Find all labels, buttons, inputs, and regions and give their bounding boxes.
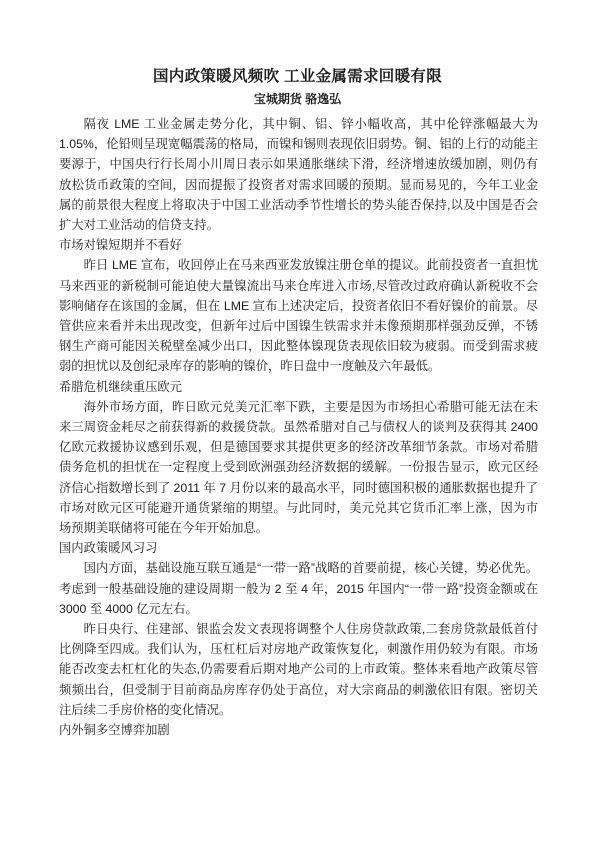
document-body: 隔夜 LME 工业金属走势分化，其中铜、铝、锌小幅收高，其中伦锌涨幅最大为 1.… — [59, 114, 538, 740]
byline: 宝城期货 骆逸弘 — [40, 89, 555, 110]
section-heading: 国内政策暖风习习 — [59, 538, 538, 558]
body-paragraph: 国内方面，基础设施互联互通是“一带一路”战略的首要前提，核心关键，势必优先。考虑… — [59, 558, 538, 619]
page-title: 国内政策暖风频吹 工业金属需求回暖有限 — [40, 66, 555, 88]
section-heading: 希腊危机继续重压欧元 — [59, 377, 538, 397]
section-heading: 市场对镍短期并不看好 — [59, 235, 538, 255]
body-paragraph: 隔夜 LME 工业金属走势分化，其中铜、铝、锌小幅收高，其中伦锌涨幅最大为 1.… — [59, 114, 538, 235]
section-heading: 内外铜多空博弈加剧 — [59, 720, 538, 740]
document-page: 国内政策暖风频吹 工业金属需求回暖有限 宝城期货 骆逸弘 隔夜 LME 工业金属… — [0, 0, 595, 842]
body-paragraph: 海外市场方面，昨日欧元兑美元汇率下跌，主要是因为市场担心希腊可能无法在未来三周资… — [59, 397, 538, 538]
body-paragraph: 昨日央行、住建部、银监会发文表现将调整个人住房贷款政策,二套房贷款最低首付比例降… — [59, 619, 538, 720]
body-paragraph: 昨日 LME 宣布，收回停止在马来西亚发放镍注册仓单的提议。此前投资者一直担忧马… — [59, 255, 538, 376]
